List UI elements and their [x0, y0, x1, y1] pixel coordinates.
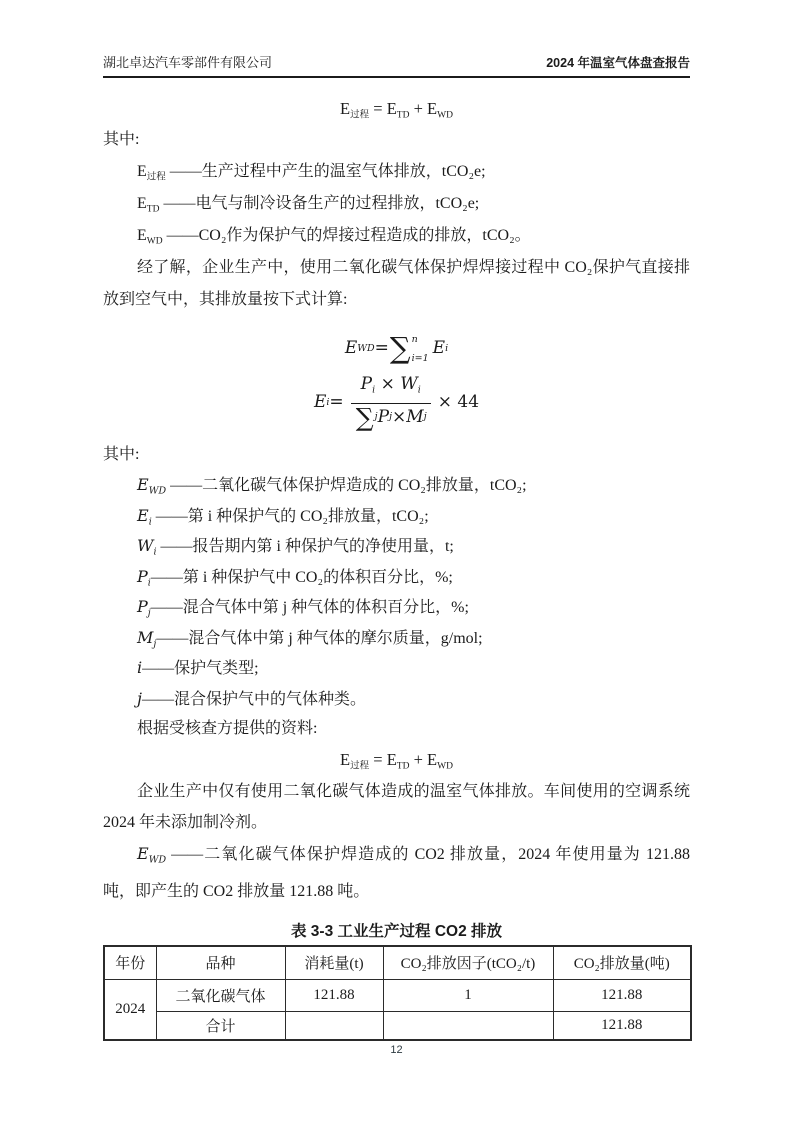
subscript: WD — [437, 762, 453, 772]
cell-factor — [383, 1011, 553, 1040]
formula-term: E — [340, 750, 350, 769]
equals-sign: = — [375, 338, 389, 358]
term: E — [137, 475, 149, 494]
subscript: 过程 — [350, 111, 369, 121]
sigma-symbol: ∑ — [356, 405, 374, 430]
subscript: 过程 — [147, 173, 166, 183]
term: E — [137, 227, 147, 244]
subscript: TD — [397, 111, 410, 121]
where-label: 其中: — [103, 440, 690, 470]
formula-term: P — [361, 374, 372, 394]
fraction-denominator: ∑j Pj × Mj — [355, 404, 427, 430]
term: E — [137, 844, 149, 863]
definition-pj: Pj——混合气体中第 j 种气体的体积百分比，%; — [103, 592, 690, 623]
table-row: 合计 121.88 — [104, 1011, 691, 1040]
formula-process-total-repeat: E过程 = ETD + EWD — [103, 744, 690, 776]
formula-term: E — [314, 392, 326, 412]
formula-term: + E — [409, 750, 437, 769]
definition-ei: Ei ——第 i 种保护气的 CO₂排放量，tCO₂; — [103, 501, 690, 532]
formula-process-total: E过程 = ETD + EWD — [103, 94, 690, 124]
cell-consumption: 121.88 — [285, 979, 383, 1011]
subscript: WD — [357, 343, 374, 354]
definition-wi: Wi ——报告期内第 i 种保护气的净使用量，t; — [103, 531, 690, 562]
sum-limits: ni=1 — [412, 332, 429, 364]
table-caption: 表 3-3 工业生产过程 CO2 排放 — [103, 919, 690, 945]
subscript: TD — [397, 762, 410, 772]
page-body: E过程 = ETD + EWD 其中: E过程 ——生产过程中产生的温室气体排放… — [103, 92, 690, 1056]
paragraph-basis: 根据受核查方提供的资料: — [103, 714, 690, 744]
definition-text: ——二氧化碳气体保护焊造成的 CO₂排放量，tCO₂; — [166, 477, 527, 494]
col-header-year: 年份 — [104, 946, 156, 980]
col-header-factor: CO₂排放因子(tCO₂/t) — [383, 946, 553, 980]
document-page: 湖北卓达汽车零部件有限公司 2024 年温室气体盘查报告 E过程 = ETD +… — [0, 0, 794, 1123]
term: W — [137, 536, 153, 555]
formula-term: = E — [369, 750, 397, 769]
formula-term: W — [400, 374, 417, 394]
cell-variety-total: 合计 — [156, 1011, 285, 1040]
col-header-emission: CO₂排放量(吨) — [553, 946, 691, 980]
table-row: 2024 二氧化碳气体 121.88 1 121.88 — [104, 979, 691, 1011]
equals-sign: = — [329, 392, 343, 412]
term: E — [137, 163, 147, 180]
subscript: i — [445, 343, 448, 354]
sigma-symbol: ∑ — [390, 334, 411, 363]
definition-text: ——CO₂作为保护气的焊接过程造成的排放，tCO₂。 — [163, 227, 531, 244]
formula-term: E — [340, 99, 350, 118]
formula-term: = E — [369, 99, 397, 118]
subscript: 过程 — [350, 762, 369, 772]
definition-text: ——混合气体中第 j 种气体的摩尔质量，g/mol; — [156, 630, 482, 647]
definition-text: ——报告期内第 i 种保护气的净使用量，t; — [157, 538, 454, 555]
col-header-variety: 品种 — [156, 946, 285, 980]
subscript: j — [424, 407, 427, 427]
term: P — [137, 567, 148, 586]
formula-ewd-sum: EWD=∑ni=1Ei — [103, 326, 690, 370]
formula-term: M — [406, 407, 423, 427]
subscript: TD — [147, 205, 160, 215]
lower-limit: i=1 — [412, 353, 429, 364]
emissions-table: 年份 品种 消耗量(t) CO₂排放因子(tCO₂/t) CO₂排放量(吨) 2… — [103, 945, 692, 1041]
definition-text: ——生产过程中产生的温室气体排放，tCO₂e; — [166, 163, 486, 180]
table-header-row: 年份 品种 消耗量(t) CO₂排放因子(tCO₂/t) CO₂排放量(吨) — [104, 946, 691, 980]
definition-i: i——保护气类型; — [103, 653, 690, 684]
formula-term: E — [433, 338, 445, 358]
paragraph-ewd-note: EWD ——二氧化碳气体保护焊造成的 CO2 排放量，2024 年使用量为 12… — [103, 838, 690, 907]
header-report-title: 2024 年温室气体盘查报告 — [546, 53, 690, 71]
cell-variety: 二氧化碳气体 — [156, 979, 285, 1011]
subscript: WD — [149, 486, 166, 497]
note-text: ——二氧化碳气体保护焊造成的 CO2 排放量，2024 年使用量为 121.88… — [103, 846, 690, 900]
cell-emission: 121.88 — [553, 979, 691, 1011]
subscript: i — [418, 385, 421, 396]
definition-text: ——电气与制冷设备生产的过程排放，tCO₂e; — [159, 195, 479, 212]
cell-year: 2024 — [104, 979, 156, 1040]
definition-ewd: EWD ——二氧化碳气体保护焊造成的 CO₂排放量，tCO₂; — [103, 470, 690, 501]
definition-text: ——混合保护气中的气体种类。 — [142, 691, 366, 708]
header-company-name: 湖北卓达汽车零部件有限公司 — [103, 52, 272, 71]
paragraph-welding-process: 经了解，企业生产中，使用二氧化碳气体保护焊焊接过程中 CO₂保护气直接排放到空气… — [103, 252, 690, 316]
term: E — [137, 195, 147, 212]
where-label: 其中: — [103, 124, 690, 156]
definition-text: ——保护气类型; — [142, 660, 258, 677]
term: E — [137, 506, 149, 525]
cell-factor: 1 — [383, 979, 553, 1011]
cell-consumption — [285, 1011, 383, 1040]
definition-j: j——混合保护气中的气体种类。 — [103, 684, 690, 715]
page-header: 湖北卓达汽车零部件有限公司 2024 年温室气体盘查报告 — [103, 52, 690, 78]
formula-term: + E — [409, 99, 437, 118]
subscript: WD — [147, 237, 163, 247]
cell-emission: 121.88 — [553, 1011, 691, 1040]
definition-e-td: ETD ——电气与制冷设备生产的过程排放，tCO₂e; — [103, 188, 690, 220]
definition-text: ——第 i 种保护气中 CO₂的体积百分比，%; — [151, 569, 453, 586]
subscript: WD — [437, 111, 453, 121]
times-sign: × — [392, 407, 406, 427]
fraction-numerator: Pi × Wi — [351, 374, 431, 404]
col-header-consumption: 消耗量(t) — [285, 946, 383, 980]
definition-mj: Mj——混合气体中第 j 种气体的摩尔质量，g/mol; — [103, 623, 690, 654]
page-number: 12 — [103, 1044, 690, 1056]
definition-e-wd: EWD ——CO₂作为保护气的焊接过程造成的排放，tCO₂。 — [103, 220, 690, 252]
term: P — [137, 597, 148, 616]
formula-ei-fraction: Ei= Pi × Wi ∑j Pj × Mj × 44 — [103, 370, 690, 434]
formula-term: E — [345, 338, 357, 358]
term: M — [137, 628, 153, 647]
upper-limit: n — [412, 334, 429, 345]
definition-text: ——第 i 种保护气的 CO₂排放量，tCO₂; — [152, 508, 429, 525]
definition-text: ——混合气体中第 j 种气体的体积百分比，%; — [151, 599, 469, 616]
formula-term: P — [378, 407, 389, 427]
definition-e-process: E过程 ——生产过程中产生的温室气体排放，tCO₂e; — [103, 156, 690, 188]
paragraph-only-co2: 企业生产中仅有使用二氧化碳气体造成的温室气体排放。车间使用的空调系统 2024 … — [103, 776, 690, 838]
formula-multiplier: × 44 — [438, 392, 479, 412]
subscript: WD — [149, 855, 166, 866]
times-sign: × — [375, 374, 400, 394]
definition-pi: Pi——第 i 种保护气中 CO₂的体积百分比，%; — [103, 562, 690, 593]
fraction: Pi × Wi ∑j Pj × Mj — [351, 374, 431, 430]
